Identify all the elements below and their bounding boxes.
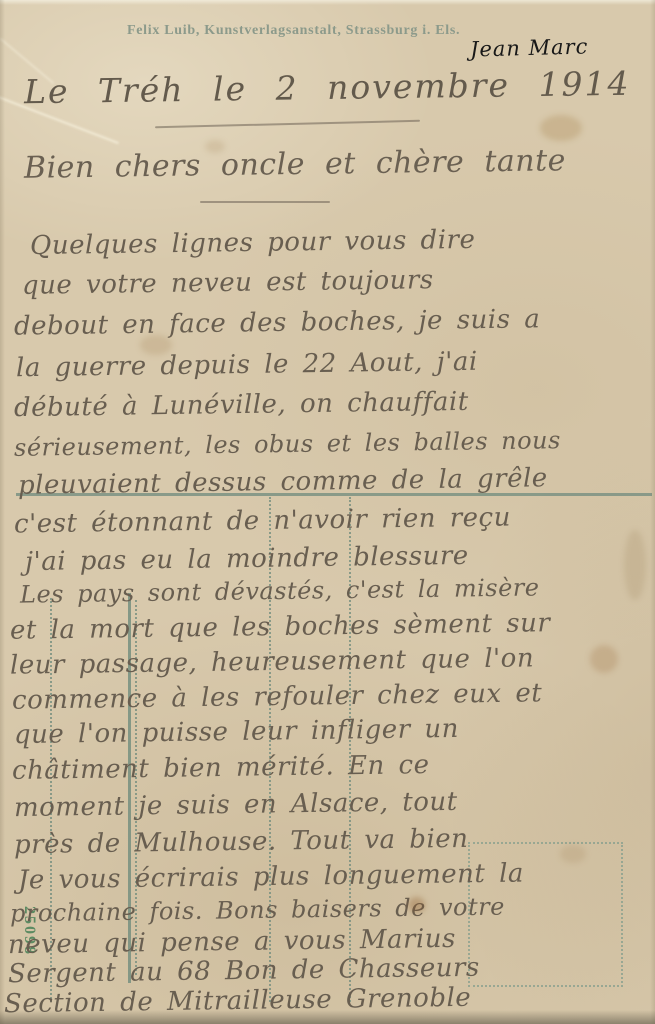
letter-line: Les pays sont dévastés, c'est la misère	[20, 573, 540, 608]
card-edge-right	[650, 0, 655, 1024]
letter-line: que l'on puisse leur infliger un	[14, 714, 459, 750]
letter-line: près de Mulhouse. Tout va bien	[14, 824, 469, 860]
salutation: Bien chers oncle et chère tante	[24, 143, 566, 186]
paper-stain	[590, 645, 618, 673]
letter-line: châtiment bien mérité. En ce	[12, 750, 430, 786]
paper-stain	[624, 530, 646, 600]
letter-line: Section de Mitrailleuse Grenoble	[4, 983, 472, 1020]
publisher-imprint: Felix Luib, Kunstverlagsanstalt, Strassb…	[127, 23, 460, 39]
card-edge-left	[0, 0, 5, 1024]
card-edge-top	[0, 0, 655, 5]
letter-line: j'ai pas eu la moindre blessure	[25, 541, 469, 577]
letter-line: c'est étonnant de n'avoir rien reçu	[14, 503, 511, 540]
watermark-signature: Jean Marc	[470, 34, 589, 61]
letter-line: Je vous écrirais plus longuement la	[18, 858, 524, 895]
salutation-underline	[200, 201, 330, 203]
postcard-back: Felix Luib, Kunstverlagsanstalt, Strassb…	[0, 0, 655, 1024]
dateline-underline	[155, 120, 420, 128]
letter-line: que votre neveu est toujours	[22, 265, 434, 301]
letter-line: et la mort que les boches sèment sur	[10, 608, 551, 646]
letter-line: Quelques lignes pour vous dire	[30, 225, 476, 261]
paper-stain	[540, 115, 582, 141]
letter-line: débuté à Lunéville, on chauffait	[14, 387, 469, 423]
letter-line: debout en face des boches, je suis a	[14, 304, 541, 341]
letter-line: sérieusement, les obus et les balles nou…	[14, 426, 561, 462]
letter-line: la guerre depuis le 22 Aout, j'ai	[16, 347, 478, 383]
letter-line: commence à les refouler chez eux et	[12, 678, 543, 715]
letter-line: leur passage, heureusement que l'on	[10, 643, 534, 680]
letter-line: moment je suis en Alsace, tout	[14, 787, 458, 823]
dateline: Le Tréh le 2 novembre 1914	[24, 64, 631, 111]
letter-line: prochaine fois. Bons baisers de votre	[10, 893, 505, 928]
